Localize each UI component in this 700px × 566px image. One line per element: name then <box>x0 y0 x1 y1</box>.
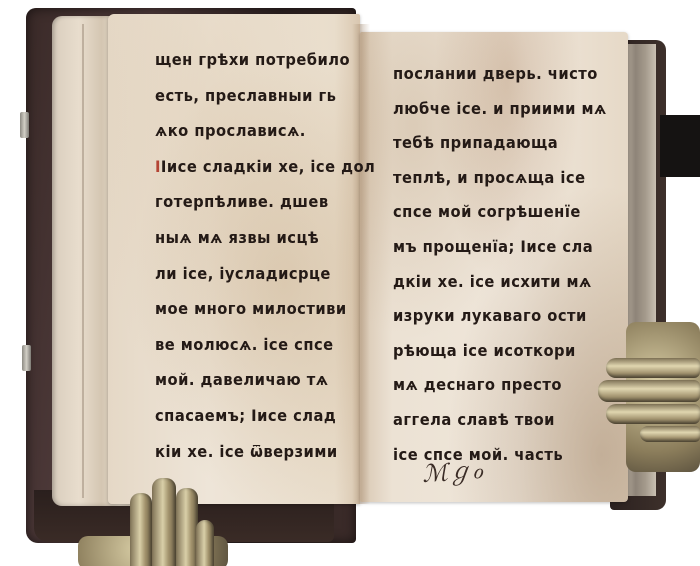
right-page-text: послании дверь. чисто любче ісе. и приим… <box>393 64 607 479</box>
text-line: мое много милостиви <box>155 299 375 335</box>
finger-icon <box>176 488 198 566</box>
handwritten-signature: ℳℊℴ <box>421 450 484 489</box>
text-line: ныѧ мѧ язвы исцѣ <box>155 228 375 264</box>
text-line: аггела славѣ твои <box>393 410 607 445</box>
text-line: мой. давеличаю тѧ <box>155 370 375 406</box>
finger-icon <box>130 493 152 566</box>
text-line: любче ісе. и приими мѧ <box>393 99 607 134</box>
text-line: послании дверь. чисто <box>393 64 607 99</box>
text-line: теплѣ, и просѧща ісе <box>393 168 607 203</box>
text-line: спсе мой согрѣшенїе <box>393 202 607 237</box>
text-line: дкіи хе. ісе исхити мѧ <box>393 272 607 307</box>
left-page-text: щен грѣхи потребило есть, преславныи гь … <box>155 50 375 477</box>
thumb-icon <box>196 520 214 566</box>
text-line: мѧ деснаго престо <box>393 375 607 410</box>
text-line: ѧко прослависѧ. <box>155 121 375 157</box>
text-line: изруки лукаваго ости <box>393 306 607 341</box>
text-line: есть, преславныи гь <box>155 86 375 122</box>
text-line-rubric: мъ прощенїа; Іисе сла <box>393 237 607 272</box>
finger-icon <box>606 404 700 424</box>
text-line-rubric: ІІисе сладкіи хе, ісе дол <box>155 157 375 193</box>
manuscript-photo: щен грѣхи потребило есть, преславныи гь … <box>0 0 700 566</box>
text-line: рѣюща ісе исоткори <box>393 341 607 376</box>
finger-icon <box>152 478 176 566</box>
finger-icon <box>598 380 700 402</box>
finger-icon <box>606 358 700 378</box>
metal-clip-icon <box>20 112 29 138</box>
text-line: Іисе сладкіи хе, ісе дол <box>161 157 375 176</box>
ribbon-strap <box>660 115 700 177</box>
text-line: щен грѣхи потребило <box>155 50 375 86</box>
text-line: тебѣ припадающа <box>393 133 607 168</box>
text-line: ли ісе, іусладисрце <box>155 264 375 300</box>
text-line: ве молюсѧ. ісе спсе <box>155 335 375 371</box>
text-line: мъ прощенїа; Іисе сла <box>393 237 593 256</box>
text-line: готерпѣливе. дшев <box>155 192 375 228</box>
text-line: кіи хе. ісе ѿверзими <box>155 442 375 478</box>
text-line: спасаемъ; Іисе слад <box>155 406 375 442</box>
metal-clip-icon <box>22 345 31 371</box>
thumb-icon <box>640 426 700 442</box>
